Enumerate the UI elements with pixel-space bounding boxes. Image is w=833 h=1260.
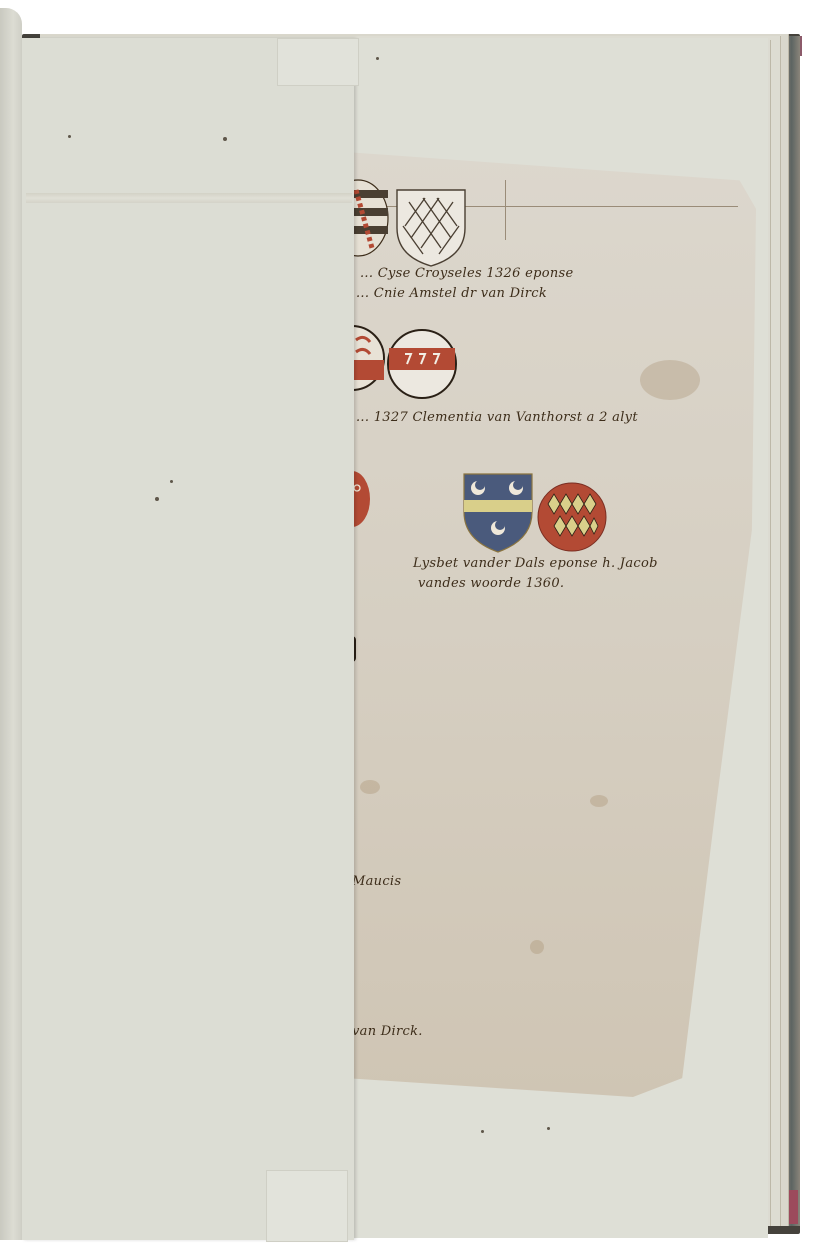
paper-speck — [223, 137, 227, 141]
manuscript-text-line: ... Cnie Amstel dr van Dirck — [356, 286, 547, 301]
left-page-edge — [0, 8, 22, 1240]
manuscript-text-line: Maucis — [352, 874, 401, 889]
manuscript-text-line: Lysbet vander Dals eponse h. Jacob — [413, 556, 658, 571]
stain — [590, 795, 608, 807]
paper-speck — [155, 497, 159, 501]
partial-roundel-red-charges-icon — [350, 320, 386, 396]
flap-tab-bottom — [266, 1170, 348, 1242]
fretty-shield-icon — [395, 188, 467, 268]
paper-speck — [547, 1127, 550, 1130]
flap-tab-top — [277, 38, 359, 86]
manuscript-text-line: van Dirck. — [352, 1024, 423, 1039]
manuscript-text-line: vandes woorde 1360. — [418, 576, 564, 591]
ruled-line — [505, 180, 506, 240]
protective-flap[interactable] — [22, 38, 354, 1240]
stain — [640, 360, 700, 400]
paper-speck — [170, 480, 173, 483]
paper-speck — [68, 135, 71, 138]
manuscript-text-line: ... 1327 Clementia van Vanthorst a 2 aly… — [356, 410, 638, 425]
partial-shield-bendy-icon — [352, 178, 392, 258]
roundel-fess-gules-icon — [385, 326, 459, 404]
shield-azure-fess-or-crescents-icon — [462, 472, 534, 554]
paper-speck — [481, 1130, 484, 1133]
flap-fold-line — [26, 193, 352, 203]
partial-roundel-red-icon — [352, 468, 374, 530]
manuscript-text-line: ... Cyse Croyseles 1326 eponse — [360, 266, 573, 281]
stain — [530, 940, 544, 954]
paper-speck — [376, 57, 379, 60]
stain — [360, 780, 380, 794]
roundel-gules-lozengy-or-icon — [536, 480, 608, 554]
